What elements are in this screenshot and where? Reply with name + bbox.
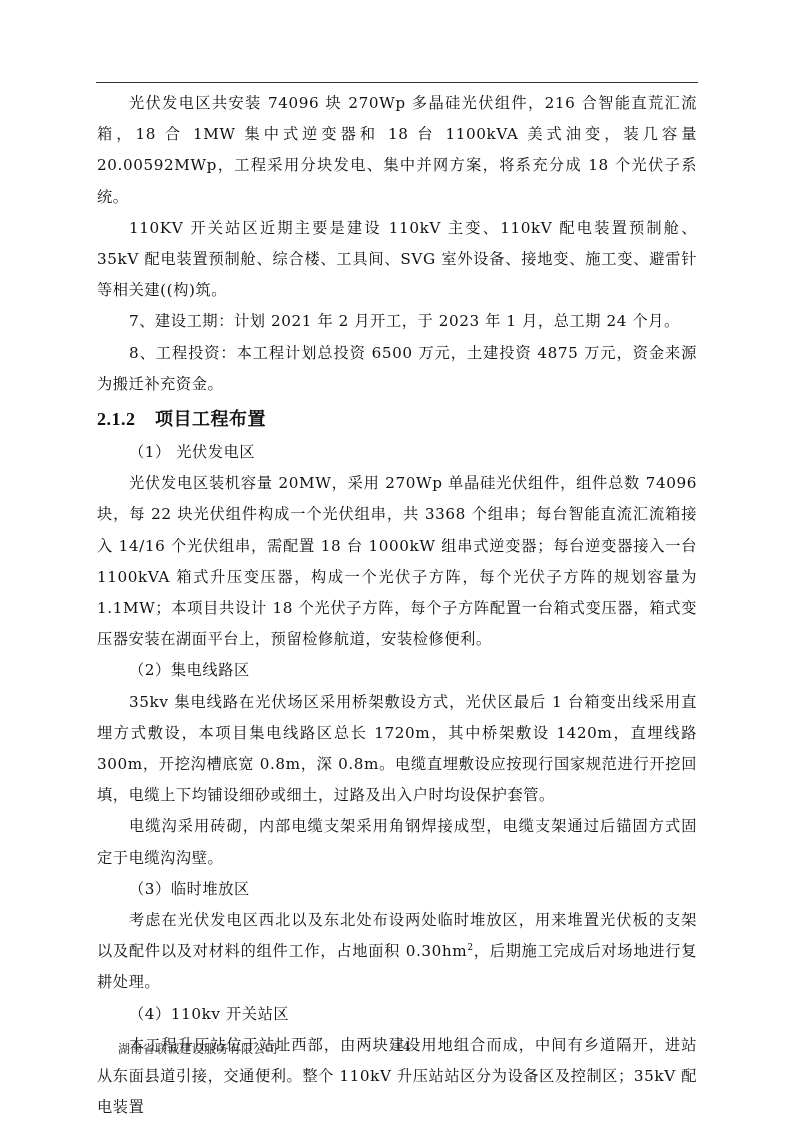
paragraph-pv-installation: 光伏发电区共安装 74096 块 270Wp 多晶硅光伏组件，216 合智能直荒… bbox=[97, 88, 697, 213]
subsection-heading-switch-station: （4）110kv 开关站区 bbox=[97, 999, 697, 1030]
header-rule bbox=[96, 82, 698, 83]
paragraph-investment: 8、工程投资：本工程计划总投资 6500 万元，土建投资 4875 万元，资金来… bbox=[97, 338, 697, 400]
subsection-heading-pv-area: （1） 光伏发电区 bbox=[97, 437, 697, 468]
subsection-heading-temp-storage: （3）临时堆放区 bbox=[97, 874, 697, 905]
page-body: 光伏发电区共安装 74096 块 270Wp 多晶硅光伏组件，216 合智能直荒… bbox=[97, 88, 697, 1122]
subsection-heading-collector-line: （2）集电线路区 bbox=[97, 655, 697, 686]
paragraph-construction-period: 7、建设工期：计划 2021 年 2 月开工，于 2023 年 1 月，总工期 … bbox=[97, 306, 697, 337]
section-heading: 2.1.2项目工程布置 bbox=[97, 402, 697, 436]
paragraph-switch-station: 110KV 开关站区近期主要是建设 110kV 主变、110kV 配电装置预制舱… bbox=[97, 213, 697, 307]
section-number: 2.1.2 bbox=[97, 402, 155, 436]
section-title: 项目工程布置 bbox=[155, 409, 266, 429]
footer-company: 湖南省联诚建设服务有限公司 bbox=[118, 1040, 278, 1057]
paragraph-pv-area: 光伏发电区装机容量 20MW，采用 270Wp 单晶硅光伏组件，组件总数 740… bbox=[97, 468, 697, 655]
paragraph-cable-trench: 电缆沟采用砖砌，内部电缆支架采用角钢焊接成型，电缆支架通过后锚固方式固定于电缆沟… bbox=[97, 811, 697, 873]
page-number: 14 bbox=[395, 1040, 410, 1054]
paragraph-collector-line: 35kv 集电线路在光伏场区采用桥架敷设方式，光伏区最后 1 台箱变出线采用直埋… bbox=[97, 687, 697, 812]
paragraph-temp-storage: 考虑在光伏发电区西北以及东北处布设两处临时堆放区，用来堆置光伏板的支架以及配件以… bbox=[97, 905, 697, 999]
